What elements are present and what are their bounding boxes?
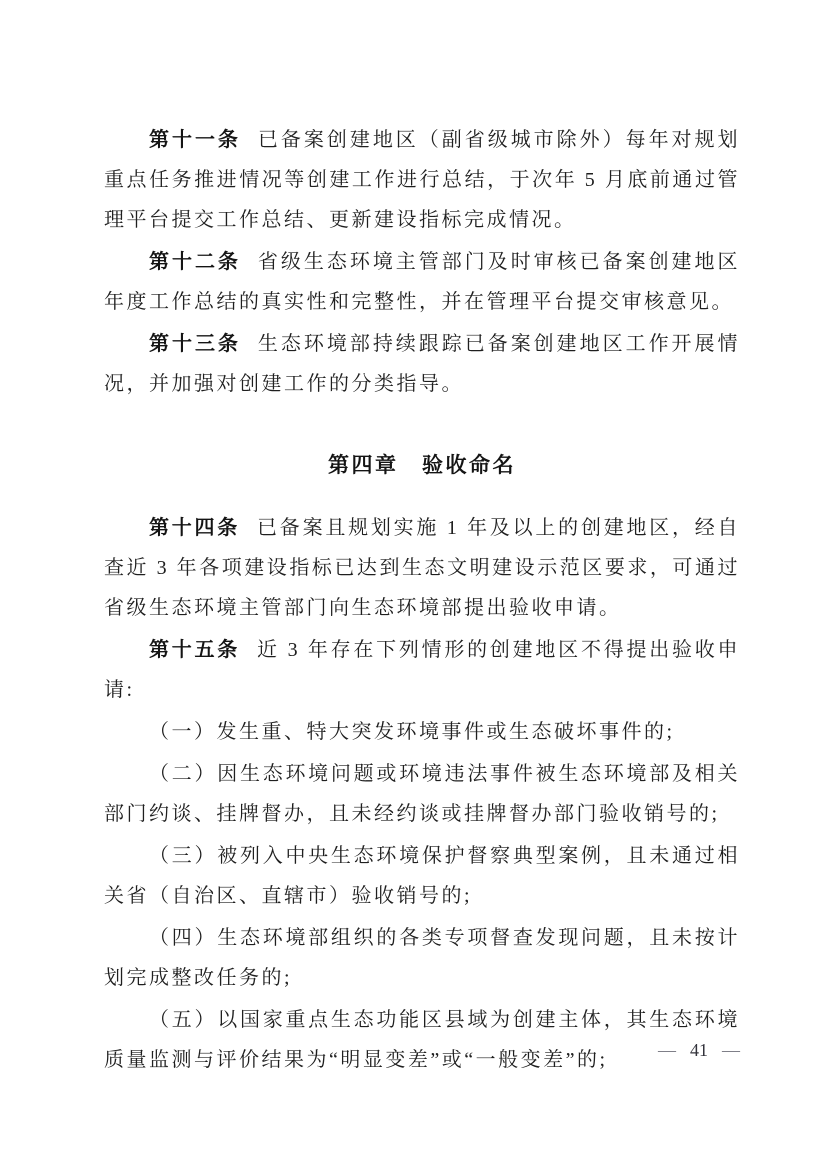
article-number: 第十五条 <box>149 639 240 661</box>
document-body: 第十一条已备案创建地区（副省级城市除外）每年对规划重点任务推进情况等创建工作进行… <box>0 0 826 1082</box>
list-item: （二）因生态环境问题或环境违法事件被生态环境部及相关部门约谈、挂牌督办，且未经约… <box>104 754 740 834</box>
document-page: 第十一条已备案创建地区（副省级城市除外）每年对规划重点任务推进情况等创建工作进行… <box>0 0 826 1169</box>
article-paragraph: 第十二条省级生态环境主管部门及时审核已备案创建地区年度工作总结的真实性和完整性，… <box>104 242 740 322</box>
article-number: 第十二条 <box>149 251 241 273</box>
article-number: 第十三条 <box>149 333 241 355</box>
chapter-heading: 第四章 验收命名 <box>104 446 740 486</box>
list-item: （一）发生重、特大突发环境事件或生态破坏事件的; <box>104 712 740 752</box>
article-number: 第十一条 <box>149 129 241 151</box>
list-item: （三）被列入中央生态环境保护督察典型案例，且未通过相关省（自治区、直辖市）验收销… <box>104 836 740 916</box>
article-paragraph: 第十一条已备案创建地区（副省级城市除外）每年对规划重点任务推进情况等创建工作进行… <box>104 120 740 240</box>
footer-dash-left: — <box>658 1040 676 1060</box>
list-item: （五）以国家重点生态功能区县域为创建主体，其生态环境质量监测与评价结果为“明显变… <box>104 1000 740 1080</box>
article-paragraph: 第十三条生态环境部持续跟踪已备案创建地区工作开展情况，并加强对创建工作的分类指导… <box>104 324 740 404</box>
footer-dash-right: — <box>722 1040 740 1060</box>
article-paragraph: 第十五条近 3 年存在下列情形的创建地区不得提出验收申请: <box>104 630 740 710</box>
page-number: 41 <box>690 1040 708 1060</box>
page-footer: —41— <box>658 1036 740 1064</box>
article-number: 第十四条 <box>149 517 240 539</box>
list-item: （四）生态环境部组织的各类专项督查发现问题，且未按计划完成整改任务的; <box>104 918 740 998</box>
article-paragraph: 第十四条已备案且规划实施 1 年及以上的创建地区，经自查近 3 年各项建设指标已… <box>104 508 740 628</box>
